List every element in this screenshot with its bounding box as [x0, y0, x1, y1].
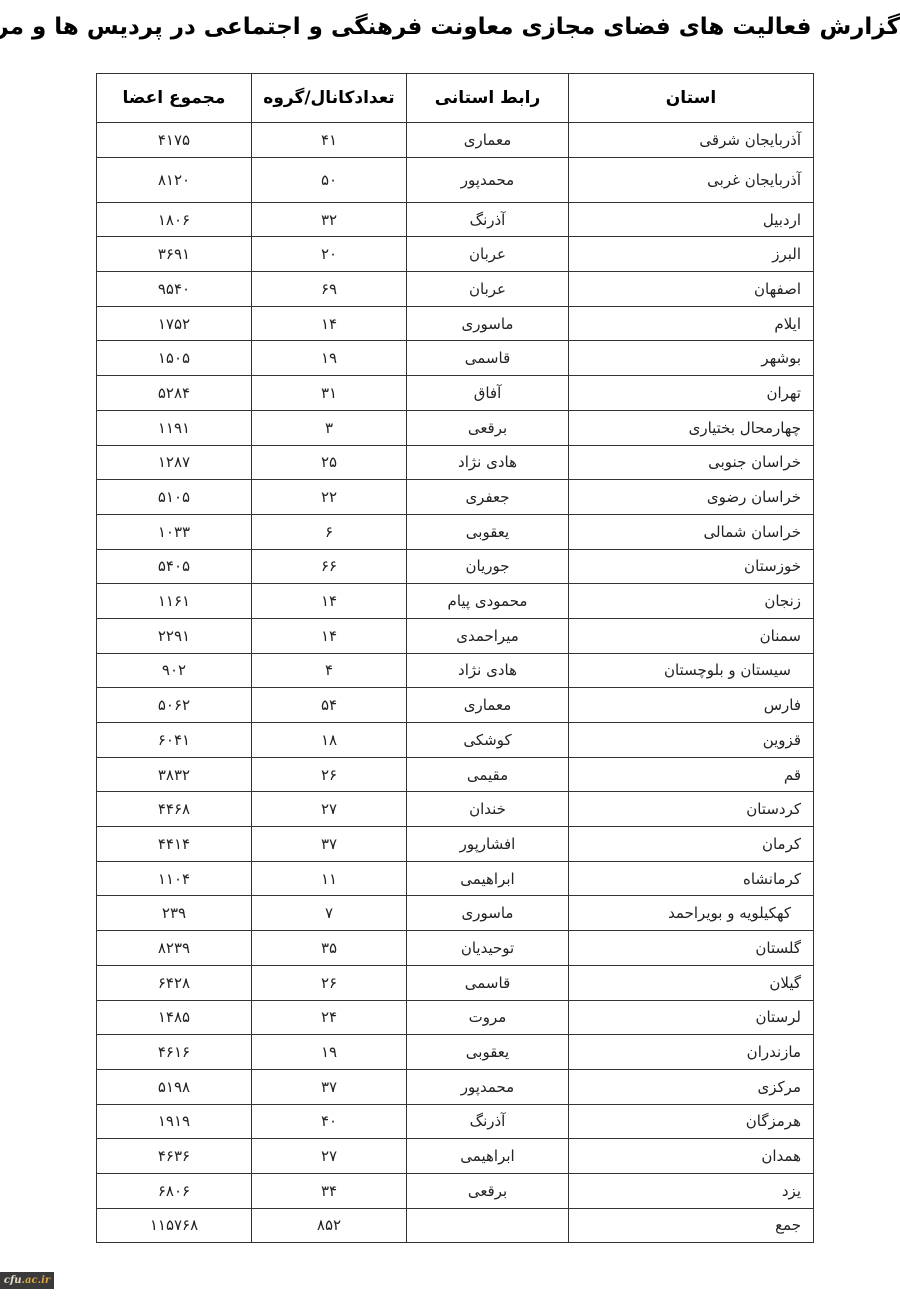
- cell-liaison: محمودی پیام: [407, 584, 569, 619]
- table-row: هرمزگانآذرنگ۴۰۱۹۱۹: [97, 1104, 814, 1139]
- cell-province: کرمان: [569, 827, 814, 862]
- cell-channels: ۱۹: [252, 341, 407, 376]
- table-row: چهارمحال بختیاریبرقعی۳۱۱۹۱: [97, 410, 814, 445]
- cell-liaison: توحیدیان: [407, 931, 569, 966]
- table-row: خراسان جنوبیهادی نژاد۲۵۱۲۸۷: [97, 445, 814, 480]
- cell-province: سمنان: [569, 618, 814, 653]
- total-liaison: [407, 1208, 569, 1243]
- cell-channels: ۳: [252, 410, 407, 445]
- cell-members: ۱۲۸۷: [97, 445, 252, 480]
- table-row: البرزعربان۲۰۳۶۹۱: [97, 237, 814, 272]
- watermark-text-part-a: cfu: [4, 1275, 22, 1286]
- cell-members: ۳۶۹۱: [97, 237, 252, 272]
- cell-members: ۱۱۹۱: [97, 410, 252, 445]
- table-row: فارسمعماری۵۴۵۰۶۲: [97, 688, 814, 723]
- cell-channels: ۳۱: [252, 376, 407, 411]
- cell-liaison: مقیمی: [407, 757, 569, 792]
- cell-channels: ۷: [252, 896, 407, 931]
- table-row: کهکیلویه و بویراحمدماسوری۷۲۳۹: [97, 896, 814, 931]
- table-row: لرستانمروت۲۴۱۴۸۵: [97, 1000, 814, 1035]
- cell-liaison: خندان: [407, 792, 569, 827]
- cell-members: ۵۱۰۵: [97, 480, 252, 515]
- table-row: زنجانمحمودی پیام۱۴۱۱۶۱: [97, 584, 814, 619]
- cell-channels: ۵۰: [252, 157, 407, 202]
- cell-province: آذربایجان شرقی: [569, 123, 814, 158]
- cell-channels: ۵۴: [252, 688, 407, 723]
- cell-liaison: قاسمی: [407, 965, 569, 1000]
- cell-province: سیستان و بلوچستان: [569, 653, 814, 688]
- cell-members: ۱۱۰۴: [97, 861, 252, 896]
- cell-liaison: مروت: [407, 1000, 569, 1035]
- cell-liaison: یعقوبی: [407, 1035, 569, 1070]
- cell-members: ۵۱۹۸: [97, 1069, 252, 1104]
- cell-members: ۱۱۶۱: [97, 584, 252, 619]
- cell-liaison: محمدپور: [407, 157, 569, 202]
- cell-members: ۲۲۹۱: [97, 618, 252, 653]
- cell-liaison: هادی نژاد: [407, 445, 569, 480]
- cell-members: ۲۳۹: [97, 896, 252, 931]
- cell-province: تهران: [569, 376, 814, 411]
- table-row: خراسان شمالییعقوبی۶۱۰۳۳: [97, 514, 814, 549]
- cell-province: خوزستان: [569, 549, 814, 584]
- cell-province: اصفهان: [569, 272, 814, 307]
- cell-members: ۱۷۵۲: [97, 306, 252, 341]
- table-row: کرمانافشارپور۳۷۴۴۱۴: [97, 827, 814, 862]
- cell-members: ۱۰۳۳: [97, 514, 252, 549]
- cell-channels: ۶۶: [252, 549, 407, 584]
- table-row: کردستانخندان۲۷۴۴۶۸: [97, 792, 814, 827]
- cell-channels: ۲۴: [252, 1000, 407, 1035]
- cell-channels: ۱۴: [252, 618, 407, 653]
- cell-members: ۱۴۸۵: [97, 1000, 252, 1035]
- cell-liaison: آذرنگ: [407, 202, 569, 237]
- watermark-text-part-b: .ac.ir: [22, 1275, 51, 1286]
- table-row: خوزستانجوریان۶۶۵۴۰۵: [97, 549, 814, 584]
- cell-province: کهکیلویه و بویراحمد: [569, 896, 814, 931]
- cell-province: مرکزی: [569, 1069, 814, 1104]
- cell-liaison: عربان: [407, 237, 569, 272]
- total-label: جمع: [569, 1208, 814, 1243]
- cell-channels: ۴۱: [252, 123, 407, 158]
- cell-liaison: برقعی: [407, 1173, 569, 1208]
- header-liaison: رابط استانی: [407, 74, 569, 123]
- cell-province: کرمانشاه: [569, 861, 814, 896]
- cell-members: ۴۶۱۶: [97, 1035, 252, 1070]
- cell-channels: ۳۲: [252, 202, 407, 237]
- table-row: گیلانقاسمی۲۶۶۴۲۸: [97, 965, 814, 1000]
- cell-members: ۴۱۷۵: [97, 123, 252, 158]
- cell-members: ۱۹۱۹: [97, 1104, 252, 1139]
- cell-channels: ۶: [252, 514, 407, 549]
- header-members: مجموع اعضا: [97, 74, 252, 123]
- cell-channels: ۶۹: [252, 272, 407, 307]
- cell-channels: ۲۶: [252, 757, 407, 792]
- table-row: کرمانشاهابراهیمی۱۱۱۱۰۴: [97, 861, 814, 896]
- cell-members: ۳۸۳۲: [97, 757, 252, 792]
- header-channels: تعدادکانال/گروه: [252, 74, 407, 123]
- cell-channels: ۱۸: [252, 723, 407, 758]
- cell-channels: ۴: [252, 653, 407, 688]
- cell-province: قم: [569, 757, 814, 792]
- cell-province: ایلام: [569, 306, 814, 341]
- cell-province: قزوین: [569, 723, 814, 758]
- cell-members: ۶۰۴۱: [97, 723, 252, 758]
- cell-liaison: قاسمی: [407, 341, 569, 376]
- page-title: گزارش فعالیت های فضای مجازی معاونت فرهنگ…: [0, 14, 900, 40]
- cell-channels: ۳۵: [252, 931, 407, 966]
- table-row: اصفهانعربان۶۹۹۵۴۰: [97, 272, 814, 307]
- table-row: ایلامماسوری۱۴۱۷۵۲: [97, 306, 814, 341]
- cell-province: همدان: [569, 1139, 814, 1174]
- cell-members: ۸۲۳۹: [97, 931, 252, 966]
- cell-members: ۱۵۰۵: [97, 341, 252, 376]
- table-row: آذربایجان شرقیمعماری۴۱۴۱۷۵: [97, 123, 814, 158]
- cell-province: چهارمحال بختیاری: [569, 410, 814, 445]
- cell-province: بوشهر: [569, 341, 814, 376]
- table-row: مازندرانیعقوبی۱۹۴۶۱۶: [97, 1035, 814, 1070]
- cell-channels: ۴۰: [252, 1104, 407, 1139]
- cell-liaison: آذرنگ: [407, 1104, 569, 1139]
- table-row: خراسان رضویجعفری۲۲۵۱۰۵: [97, 480, 814, 515]
- cell-province: گیلان: [569, 965, 814, 1000]
- table-row: گلستانتوحیدیان۳۵۸۲۳۹: [97, 931, 814, 966]
- total-row: جمع ۸۵۲ ۱۱۵۷۶۸: [97, 1208, 814, 1243]
- cell-channels: ۲۷: [252, 1139, 407, 1174]
- cell-province: مازندران: [569, 1035, 814, 1070]
- cell-liaison: آفاق: [407, 376, 569, 411]
- table-row: مرکزیمحمدپور۳۷۵۱۹۸: [97, 1069, 814, 1104]
- cell-liaison: کوشکی: [407, 723, 569, 758]
- total-channels: ۸۵۲: [252, 1208, 407, 1243]
- cell-members: ۸۱۲۰: [97, 157, 252, 202]
- cell-liaison: جعفری: [407, 480, 569, 515]
- cell-province: اردبیل: [569, 202, 814, 237]
- header-row: استان رابط استانی تعدادکانال/گروه مجموع …: [97, 74, 814, 123]
- cell-members: ۵۰۶۲: [97, 688, 252, 723]
- cell-province: هرمزگان: [569, 1104, 814, 1139]
- cell-province: لرستان: [569, 1000, 814, 1035]
- cell-channels: ۳۷: [252, 1069, 407, 1104]
- cell-channels: ۱۴: [252, 584, 407, 619]
- table-row: اردبیلآذرنگ۳۲۱۸۰۶: [97, 202, 814, 237]
- cell-channels: ۲۷: [252, 792, 407, 827]
- cell-members: ۱۸۰۶: [97, 202, 252, 237]
- header-province: استان: [569, 74, 814, 123]
- cell-province: فارس: [569, 688, 814, 723]
- cell-liaison: یعقوبی: [407, 514, 569, 549]
- cell-members: ۶۸۰۶: [97, 1173, 252, 1208]
- cell-liaison: برقعی: [407, 410, 569, 445]
- table-row: تهرانآفاق۳۱۵۲۸۴: [97, 376, 814, 411]
- cell-channels: ۲۲: [252, 480, 407, 515]
- table-row: آذربایجان غربیمحمدپور۵۰۸۱۲۰: [97, 157, 814, 202]
- cell-channels: ۱۱: [252, 861, 407, 896]
- cell-channels: ۱۹: [252, 1035, 407, 1070]
- cell-channels: ۲۰: [252, 237, 407, 272]
- cell-members: ۴۴۶۸: [97, 792, 252, 827]
- cell-province: زنجان: [569, 584, 814, 619]
- cell-members: ۹۰۲: [97, 653, 252, 688]
- site-watermark-logo: cfu.ac.ir: [0, 1272, 54, 1289]
- cell-liaison: معماری: [407, 688, 569, 723]
- table-row: سمنانمیراحمدی۱۴۲۲۹۱: [97, 618, 814, 653]
- cell-channels: ۱۴: [252, 306, 407, 341]
- table-row: بوشهرقاسمی۱۹۱۵۰۵: [97, 341, 814, 376]
- total-members: ۱۱۵۷۶۸: [97, 1208, 252, 1243]
- cell-province: گلستان: [569, 931, 814, 966]
- cell-province: البرز: [569, 237, 814, 272]
- cell-channels: ۳۴: [252, 1173, 407, 1208]
- report-table: استان رابط استانی تعدادکانال/گروه مجموع …: [96, 73, 814, 1243]
- table-body: آذربایجان شرقیمعماری۴۱۴۱۷۵آذربایجان غربی…: [97, 123, 814, 1209]
- cell-liaison: افشارپور: [407, 827, 569, 862]
- table-row: قممقیمی۲۶۳۸۳۲: [97, 757, 814, 792]
- cell-liaison: ابراهیمی: [407, 861, 569, 896]
- cell-province: خراسان رضوی: [569, 480, 814, 515]
- cell-channels: ۳۷: [252, 827, 407, 862]
- cell-liaison: هادی نژاد: [407, 653, 569, 688]
- cell-province: یزد: [569, 1173, 814, 1208]
- cell-channels: ۲۵: [252, 445, 407, 480]
- cell-liaison: ماسوری: [407, 306, 569, 341]
- cell-liaison: میراحمدی: [407, 618, 569, 653]
- cell-members: ۹۵۴۰: [97, 272, 252, 307]
- table-row: قزوینکوشکی۱۸۶۰۴۱: [97, 723, 814, 758]
- cell-liaison: جوریان: [407, 549, 569, 584]
- cell-members: ۶۴۲۸: [97, 965, 252, 1000]
- cell-liaison: معماری: [407, 123, 569, 158]
- cell-liaison: ماسوری: [407, 896, 569, 931]
- cell-province: کردستان: [569, 792, 814, 827]
- cell-province: خراسان جنوبی: [569, 445, 814, 480]
- table-row: یزدبرقعی۳۴۶۸۰۶: [97, 1173, 814, 1208]
- cell-liaison: عربان: [407, 272, 569, 307]
- cell-members: ۵۲۸۴: [97, 376, 252, 411]
- cell-province: خراسان شمالی: [569, 514, 814, 549]
- table-row: سیستان و بلوچستانهادی نژاد۴۹۰۲: [97, 653, 814, 688]
- cell-liaison: ابراهیمی: [407, 1139, 569, 1174]
- cell-members: ۴۶۳۶: [97, 1139, 252, 1174]
- cell-province: آذربایجان غربی: [569, 157, 814, 202]
- cell-members: ۵۴۰۵: [97, 549, 252, 584]
- cell-liaison: محمدپور: [407, 1069, 569, 1104]
- cell-members: ۴۴۱۴: [97, 827, 252, 862]
- table-row: همدانابراهیمی۲۷۴۶۳۶: [97, 1139, 814, 1174]
- cell-channels: ۲۶: [252, 965, 407, 1000]
